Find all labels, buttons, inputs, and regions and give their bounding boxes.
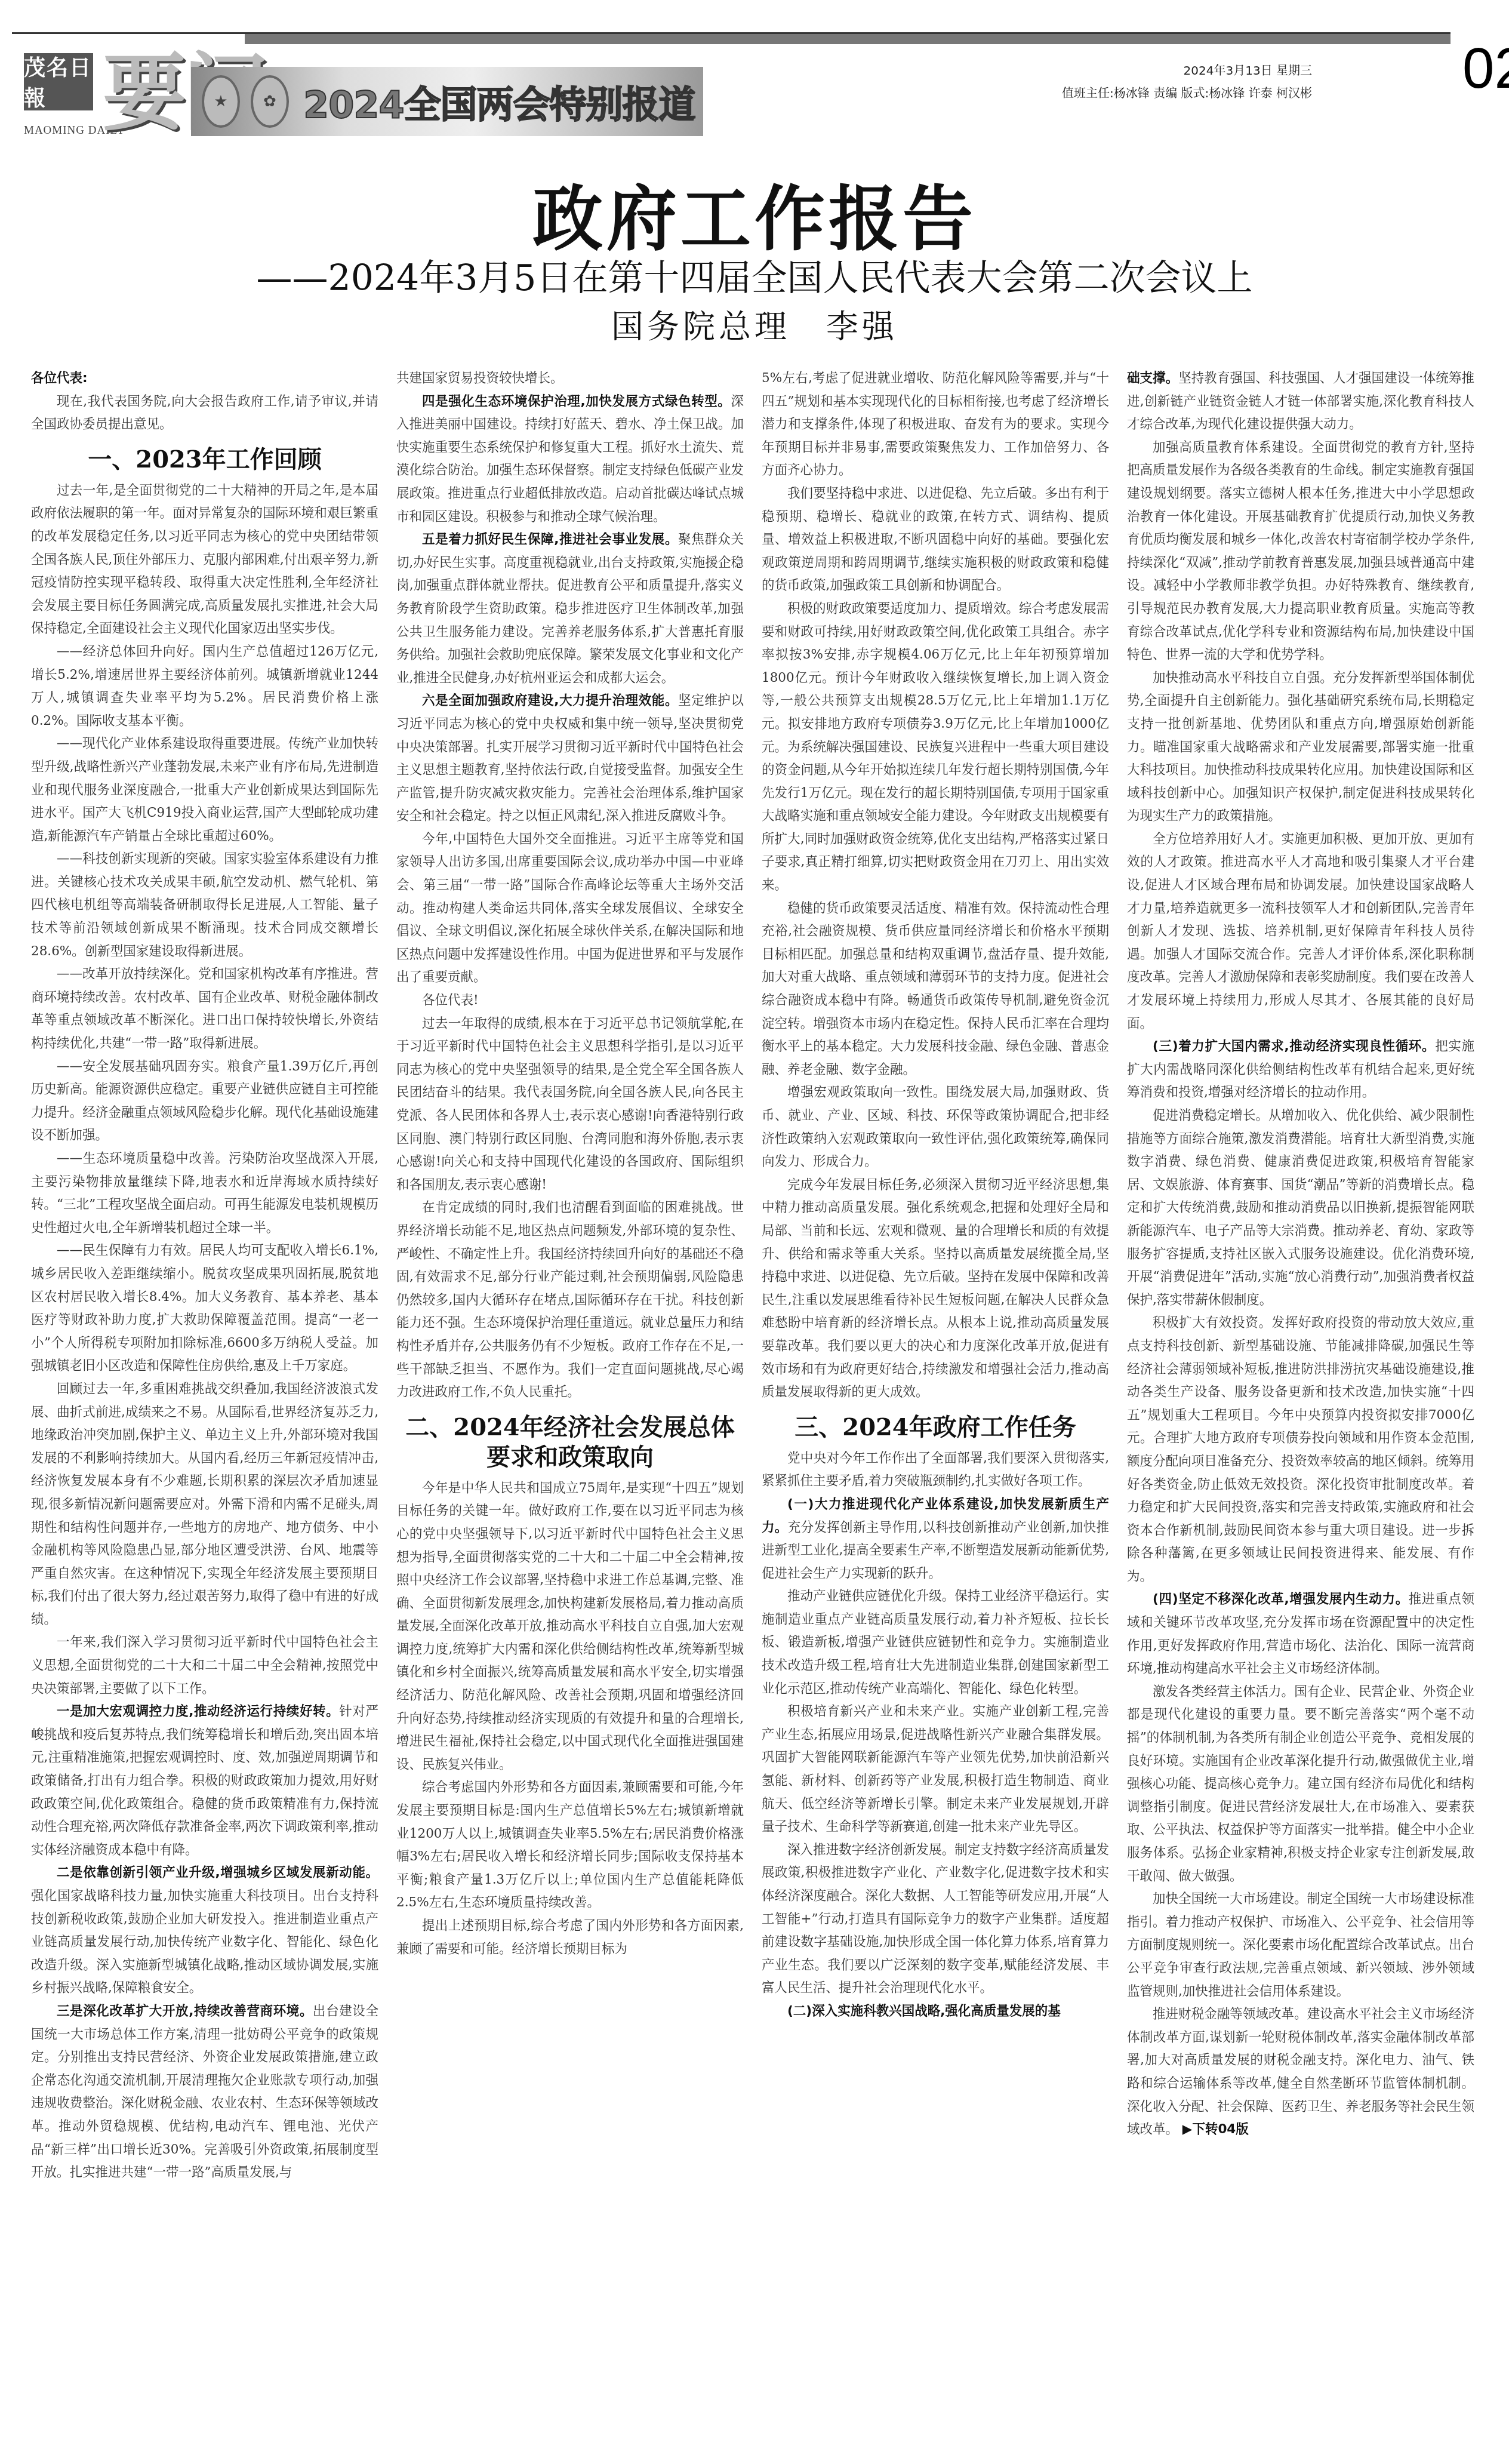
paragraph-text: 聚焦群众关切,办好民生实事。高度重视稳就业,出台支持政策,实施援企稳岗,加强重点…	[396, 532, 744, 685]
paragraph: 过去一年,是全面贯彻党的二十大精神的开局之年,是本届政府依法履职的第一年。面对异…	[31, 479, 378, 641]
lead-in: 二是依靠创新引领产业升级,增强城乡区域发展新动能。	[57, 1865, 378, 1880]
article-subhead: ——2024年3月5日在第十四届全国人民代表大会第二次会议上	[0, 250, 1509, 301]
header-rule-thick	[245, 34, 1451, 44]
lead-in: 一是加大宏观调控力度,推动经济运行持续好转。	[57, 1704, 339, 1719]
paragraph: 完成今年发展目标任务,必须深入贯彻习近平经济思想,集中精力推动高质量发展。强化系…	[762, 1174, 1109, 1404]
paragraph: (三)着力扩大国内需求,推动经济实现良性循环。把实施扩大内需战略同深化供给侧结构…	[1127, 1035, 1474, 1105]
paragraph: 深入推进数字经济创新发展。制定支持数字经济高质量发展政策,积极推进数字产业化、产…	[762, 1839, 1109, 2000]
paragraph: 加快推动高水平科技自立自强。充分发挥新型举国体制优势,全面提升自主创新能力。强化…	[1127, 667, 1474, 828]
paragraph-text: 充分发挥创新主导作用,以科技创新推动产业创新,加快推进新型工业化,提高全要素生产…	[762, 1520, 1109, 1581]
paragraph: 推进财税金融等领域改革。建设高水平社会主义市场经济体制改革方面,谋划新一轮财税体…	[1127, 2003, 1474, 2142]
paragraph: 积极扩大有效投资。发挥好政府投资的带动放大效应,重点支持科技创新、新型基础设施、…	[1127, 1312, 1474, 1588]
lead-in: 四是强化生态环境保护治理,加快发展方式绿色转型。	[422, 394, 731, 409]
article-byline: 国务院总理 李强	[0, 302, 1509, 347]
paragraph: 积极培育新兴产业和未来产业。实施产业创新工程,完善产业生态,拓展应用场景,促进战…	[762, 1700, 1109, 1839]
paragraph: 积极的财政政策要适度加力、提质增效。综合考虑发展需要和财政可持续,用好财政政策空…	[762, 598, 1109, 897]
article-body: 各位代表: 现在,我代表国务院,向大会报告政府工作,请予审议,并请全国政协委员提…	[31, 367, 1476, 2445]
paragraph: 在肯定成绩的同时,我们也清醒看到面临的困难挑战。世界经济增长动能不足,地区热点问…	[396, 1196, 744, 1404]
lead-in: (二)深入实施科教兴国战略,强化高质量发展的基	[787, 2004, 1061, 2019]
paragraph-text: 强化国家战略科技力量,加快实施重大科技项目。出台支持科技创新税收政策,鼓励企业加…	[31, 1888, 378, 1995]
paragraph: 激发各类经营主体活力。国有企业、民营企业、外资企业都是现代化建设的重要力量。要不…	[1127, 1681, 1474, 1888]
lead-in: 六是全面加强政府建设,大力提升治理效能。	[422, 693, 678, 708]
paragraph: 一年来,我们深入学习贯彻习近平新时代中国特色社会主义思想,全面贯彻党的二十大和二…	[31, 1631, 378, 1700]
column-2: 共建国家贸易投资较快增长。 四是强化生态环境保护治理,加快发展方式绿色转型。深入…	[396, 367, 744, 2445]
editor-credits: 值班主任:杨冰锋 责编 版式:杨冰锋 许泰 柯汉彬	[1062, 84, 1312, 101]
masthead: 茂名日報 MAOMING DAILY 要闻 ★ ✿ 2024全国两会特别报道 2…	[0, 0, 1509, 155]
paragraph: 三是深化改革扩大开放,持续改善营商环境。出台建设全国统一大市场总体工作方案,清理…	[31, 2000, 378, 2185]
paragraph: ——现代化产业体系建设取得重要进展。传统产业加快转型升级,战略性新兴产业蓬勃发展…	[31, 733, 378, 848]
paragraph: 四是强化生态环境保护治理,加快发展方式绿色转型。深入推进美丽中国建设。持续打好蓝…	[396, 390, 744, 529]
paragraph: (二)深入实施科教兴国战略,强化高质量发展的基	[762, 2000, 1109, 2023]
paragraph: 一是加大宏观调控力度,推动经济运行持续好转。针对严峻挑战和疫后复苏特点,我们统筹…	[31, 1700, 378, 1862]
paragraph: ——民生保障有力有效。居民人均可支配收入增长6.1%,城乡居民收入差距继续缩小。…	[31, 1239, 378, 1378]
paragraph: 全方位培养用好人才。实施更加积极、更加开放、更加有效的人才政策。推进高水平人才高…	[1127, 828, 1474, 1035]
paragraph: 加快全国统一大市场建设。制定全国统一大市场建设标准指引。着力推动产权保护、市场准…	[1127, 1888, 1474, 2003]
lead-in: 础支撑。	[1127, 371, 1178, 386]
section-heading-1: 一、2023年工作回顾	[31, 445, 378, 475]
paragraph: 5%左右,考虑了促进就业增收、防范化解风险等需要,并与“十四五”规划和基本实现现…	[762, 367, 1109, 482]
lead-in: 三是深化改革扩大开放,持续改善营商环境。	[57, 2004, 313, 2019]
column-3: 5%左右,考虑了促进就业增收、防范化解风险等需要,并与“十四五”规划和基本实现现…	[762, 367, 1109, 2445]
paragraph-text: 推进财税金融等领域改革。建设高水平社会主义市场经济体制改革方面,谋划新一轮财税体…	[1127, 2007, 1474, 2137]
paragraph: 综合考虑国内外形势和各方面因素,兼顾需要和可能,今年发展主要预期目标是:国内生产…	[396, 1776, 744, 1915]
paragraph: 过去一年取得的成绩,根本在于习近平总书记领航掌舵,在于习近平新时代中国特色社会主…	[396, 1013, 744, 1197]
national-emblem-icon: ★	[202, 75, 240, 128]
paragraph: 回顾过去一年,多重困难挑战交织叠加,我国经济波浪式发展、曲折式前进,成绩来之不易…	[31, 1378, 378, 1632]
paragraph: 增强宏观政策取向一致性。围绕发展大局,加强财政、货币、就业、产业、区域、科技、环…	[762, 1081, 1109, 1173]
section-heading-2: 二、2024年经济社会发展总体要求和政策取向	[396, 1413, 744, 1472]
paragraph: 六是全面加强政府建设,大力提升治理效能。坚定维护以习近平同志为核心的党中央权威和…	[396, 690, 744, 828]
paragraph: ——科技创新实现新的突破。国家实验室体系建设有力推进。关键核心技术攻关成果丰硕,…	[31, 848, 378, 963]
paragraph: (四)坚定不移深化改革,增强发展内生动力。推进重点领域和关键环节改革攻坚,充分发…	[1127, 1588, 1474, 1680]
column-1: 各位代表: 现在,我代表国务院,向大会报告政府工作,请予审议,并请全国政协委员提…	[31, 367, 378, 2445]
paragraph: (一)大力推进现代化产业体系建设,加快发展新质生产力。充分发挥创新主导作用,以科…	[762, 1493, 1109, 1585]
paragraph: 党中央对今年工作作出了全面部署,我们要深入贯彻落实,紧紧抓住主要矛盾,着力突破瓶…	[762, 1447, 1109, 1493]
special-report-banner: ★ ✿ 2024全国两会特别报道	[191, 67, 703, 136]
continued-on-page-link[interactable]: ▶下转04版	[1182, 2122, 1249, 2137]
section-heading-3: 三、2024年政府工作任务	[762, 1413, 1109, 1442]
paragraph: 五是着力抓好民生保障,推进社会事业发展。聚焦群众关切,办好民生实事。高度重视稳就…	[396, 528, 744, 690]
banner-text: 2024全国两会特别报道	[303, 75, 695, 128]
paragraph: ——经济总体回升向好。国内生产总值超过126万亿元,增长5.2%,增速居世界主要…	[31, 641, 378, 733]
paragraph: 各位代表!	[396, 989, 744, 1013]
paragraph-text: 坚持教育强国、科技强国、人才强国建设一体统筹推进,创新链产业链资金链人才链一体部…	[1127, 371, 1474, 432]
lead-in: (三)着力扩大国内需求,推动经济实现良性循环。	[1153, 1039, 1435, 1054]
salutation: 各位代表:	[31, 367, 378, 390]
newspaper-logo: 茂名日報	[24, 53, 93, 110]
paragraph: 共建国家贸易投资较快增长。	[396, 367, 744, 390]
paragraph: ——生态环境质量稳中改善。污染防治攻坚战深入开展,主要污染物排放量继续下降,地表…	[31, 1148, 378, 1239]
paragraph: 提出上述预期目标,综合考虑了国内外形势和各方面因素,兼顾了需要和可能。经济增长预…	[396, 1915, 744, 1961]
paragraph-text: 坚定维护以习近平同志为核心的党中央权威和集中统一领导,坚决贯彻党中央决策部署。扎…	[396, 693, 744, 823]
paragraph: ——改革开放持续深化。党和国家机构改革有序推进。营商环境持续改善。农村改革、国有…	[31, 963, 378, 1055]
paragraph-text: 深入推进美丽中国建设。持续打好蓝天、碧水、净土保卫战。加快实施重要生态系统保护和…	[396, 394, 744, 524]
column-4: 础支撑。坚持教育强国、科技强国、人才强国建设一体统筹推进,创新链产业链资金链人才…	[1127, 367, 1474, 2445]
paragraph-text: 出台建设全国统一大市场总体工作方案,清理一批妨碍公平竞争的政策规定。分别推出支持…	[31, 2004, 378, 2180]
issue-date: 2024年3月13日 星期三	[1184, 61, 1312, 78]
paragraph: 今年是中华人民共和国成立75周年,是实现“十四五”规划目标任务的关键一年。做好政…	[396, 1477, 744, 1777]
paragraph: ——安全发展基础巩固夯实。粮食产量1.39万亿斤,再创历史新高。能源资源供应稳定…	[31, 1056, 378, 1148]
lead-in: (四)坚定不移深化改革,增强发展内生动力。	[1153, 1592, 1409, 1607]
paragraph: 今年,中国特色大国外交全面推进。习近平主席等党和国家领导人出访多国,出席重要国际…	[396, 828, 744, 989]
paragraph: 二是依靠创新引领产业升级,增强城乡区域发展新动能。强化国家战略科技力量,加快实施…	[31, 1862, 378, 2000]
paragraph: 现在,我代表国务院,向大会报告政府工作,请予审议,并请全国政协委员提出意见。	[31, 390, 378, 436]
cppcc-emblem-icon: ✿	[251, 75, 289, 128]
page-number: 02	[1462, 36, 1509, 101]
paragraph: 础支撑。坚持教育强国、科技强国、人才强国建设一体统筹推进,创新链产业链资金链人才…	[1127, 367, 1474, 436]
lead-in: 五是着力抓好民生保障,推进社会事业发展。	[422, 532, 678, 547]
paragraph: 推动产业链供应链优化升级。保持工业经济平稳运行。实施制造业重点产业链高质量发展行…	[762, 1585, 1109, 1700]
paragraph-text: 针对严峻挑战和疫后复苏特点,我们统筹稳增长和增后劲,突出固本培元,注重精准施策,…	[31, 1704, 378, 1857]
paragraph: 加强高质量教育体系建设。全面贯彻党的教育方针,坚持把高质量发展作为各级各类教育的…	[1127, 436, 1474, 667]
paragraph: 稳健的货币政策要灵活适度、精准有效。保持流动性合理充裕,社会融资规模、货币供应量…	[762, 897, 1109, 1082]
article-headline: 政府工作报告	[0, 162, 1509, 264]
paragraph: 促进消费稳定增长。从增加收入、优化供给、减少限制性措施等方面综合施策,激发消费潜…	[1127, 1105, 1474, 1312]
paragraph: 我们要坚持稳中求进、以进促稳、先立后破。多出有利于稳预期、稳增长、稳就业的政策,…	[762, 482, 1109, 598]
